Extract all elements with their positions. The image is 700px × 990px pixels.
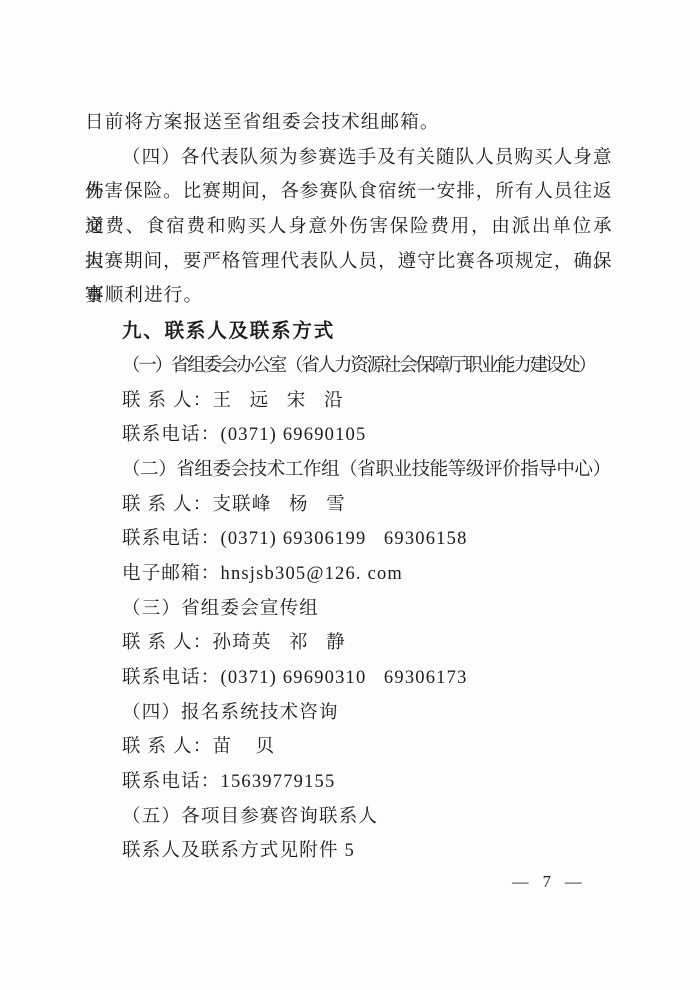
contact-email: 电子邮箱：hnsjsb305@126. com bbox=[85, 557, 612, 592]
paragraph-line: 大赛期间，要严格管理代表队人员，遵守比赛各项规定，确保赛 bbox=[85, 245, 612, 280]
contact-title: （一）省组委会办公室（省人力资源社会保障厅职业能力建设处） bbox=[85, 349, 612, 384]
contact-note: 联系人及联系方式见附件 5 bbox=[85, 834, 612, 869]
page-content: 日前将方案报送至省组委会技术组邮箱。 （四）各代表队须为参赛选手及有关随队人员购… bbox=[85, 106, 612, 869]
paragraph-line: 伤害保险。比赛期间，各参赛队食宿统一安排，所有人员往返交 bbox=[85, 175, 612, 210]
contact-person: 联 系 人：苗 贝 bbox=[85, 730, 612, 765]
contact-phone: 联系电话：(0371) 69306199 69306158 bbox=[85, 522, 612, 557]
contact-phone: 联系电话：(0371) 69690310 69306173 bbox=[85, 661, 612, 696]
contact-person: 联 系 人：支联峰 杨 雪 bbox=[85, 488, 612, 523]
paragraph-line: 通费、食宿费和购买人身意外伤害保险费用，由派出单位承担。 bbox=[85, 210, 612, 245]
contact-title: （五）各项目参赛咨询联系人 bbox=[85, 800, 612, 835]
contact-title: （二）省组委会技术工作组（省职业技能等级评价指导中心） bbox=[85, 453, 612, 488]
contact-person: 联 系 人：孙琦英 祁 静 bbox=[85, 626, 612, 661]
contact-phone: 联系电话：(0371) 69690105 bbox=[85, 418, 612, 453]
contact-title: （三）省组委会宣传组 bbox=[85, 592, 612, 627]
paragraph-line: （四）各代表队须为参赛选手及有关随队人员购买人身意外 bbox=[85, 141, 612, 176]
page-number: — 7 — bbox=[512, 872, 587, 892]
contact-title: （四）报名系统技术咨询 bbox=[85, 696, 612, 731]
intro-tail-line: 日前将方案报送至省组委会技术组邮箱。 bbox=[85, 106, 612, 141]
paragraph-line: 事顺利进行。 bbox=[85, 279, 612, 314]
contact-person: 联 系 人：王 远 宋 沿 bbox=[85, 384, 612, 419]
document-page: 日前将方案报送至省组委会技术组邮箱。 （四）各代表队须为参赛选手及有关随队人员购… bbox=[0, 0, 700, 990]
section-heading: 九、联系人及联系方式 bbox=[85, 314, 612, 349]
contact-phone: 联系电话：15639779155 bbox=[85, 765, 612, 800]
